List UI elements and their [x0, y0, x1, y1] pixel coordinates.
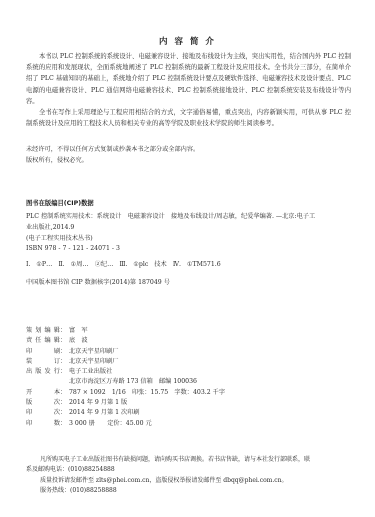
- credit-colon: ：: [60, 408, 68, 418]
- credit-label: 印数: [26, 419, 60, 429]
- credit-colon: ：: [60, 367, 68, 377]
- credit-label-char: 编: [45, 336, 51, 346]
- credit-label-char: 装: [26, 357, 32, 367]
- cip-check-number: 中国版本图书馆 CIP 数据核字(2014)第 187049 号: [26, 277, 170, 286]
- notice-email-line: 质量投诉请发邮件至 zlts@phei.com.cn，盗版侵权举报请发邮件至 d…: [26, 476, 356, 486]
- credit-label-char: 版: [26, 398, 32, 408]
- credit-value: 2014 年 9 月第 1 次印刷: [68, 408, 140, 418]
- credit-label: [26, 377, 60, 387]
- abstract-paragraph: 本书以 PLC 控制系统的系统设计、电磁兼容设计、接地及布线设计为主线，突出实用…: [26, 51, 351, 107]
- credit-label-char: 版: [35, 367, 41, 377]
- credit-label-char: 划: [35, 326, 41, 336]
- cip-line: ISBN 978 - 7 - 121 - 24071 - 3: [26, 244, 366, 255]
- notice-line: 凡所购买电子工业出版社图书有缺损问题，请向购买书店调换。若书店售缺，请与本社发行…: [26, 455, 356, 465]
- credit-row: 责任编辑：底 波: [26, 336, 356, 346]
- credit-label: 开本: [26, 388, 60, 398]
- credit-value: 3 000 册 定价：45.00 元: [68, 419, 152, 429]
- abstract-paragraph: 全书在写作上采用理论与工程应用相结合的方式，文字通俗易懂，重点突出，内容新颖实用…: [26, 107, 351, 129]
- cip-record: PLC 控制系统实用技术：系统设计 电磁兼容设计 接地及布线设计/周志敏，纪爱华…: [26, 212, 366, 255]
- credit-label-char: 印: [26, 419, 32, 429]
- credit-label-char: 开: [26, 388, 32, 398]
- notice-hotline: 服务热线：(010)88258888: [26, 486, 356, 496]
- credit-label-char: 发: [45, 367, 51, 377]
- credit-label-char: 印: [26, 408, 32, 418]
- credit-value: 富 军: [68, 326, 88, 336]
- cip-classification: Ⅰ. ①P… Ⅱ. ①周… ②纪… Ⅲ. ①plc 技术 Ⅳ. ①TM571.6: [26, 259, 221, 268]
- cip-line: 业出版社,2014.9: [26, 223, 366, 234]
- credit-row: 开本：787 × 1092 1/16 印张：15.75 字数：403.2 千字: [26, 388, 356, 398]
- credit-label-char: 责: [26, 336, 32, 346]
- cip-heading: 图书在版编目(CIP)数据: [26, 198, 94, 207]
- credit-label: 策划编辑: [26, 326, 60, 336]
- credit-row: 印次：2014 年 9 月第 1 次印刷: [26, 408, 356, 418]
- publication-credits: 策划编辑：富 军责任编辑：底 波印刷：北京天宇星印刷厂装订：北京天宇星印刷厂出版…: [26, 326, 356, 429]
- copyright-line: 版权所有，侵权必究。: [26, 156, 351, 167]
- credit-label: 出版发行: [26, 367, 60, 377]
- credit-colon: ：: [60, 326, 68, 336]
- credit-label-char: 编: [45, 326, 51, 336]
- credit-row: 装订：北京天宇星印刷厂: [26, 357, 356, 367]
- cip-line: (电子工程实用技术丛书): [26, 234, 366, 245]
- notice-line: 系及邮购电话：(010)88254888: [26, 465, 356, 475]
- credit-colon: ：: [60, 419, 68, 429]
- credit-colon: ：: [60, 336, 68, 346]
- credit-label-char: 印: [26, 347, 32, 357]
- credit-colon: ：: [60, 388, 68, 398]
- credit-value: 电子工业出版社: [68, 367, 112, 377]
- abstract-section: 本书以 PLC 控制系统的系统设计、电磁兼容设计、接地及布线设计为主线，突出实用…: [26, 51, 351, 129]
- copyright-line: 未经许可，不得以任何方式复制或抄袭本书之部分或全部内容。: [26, 145, 351, 156]
- credit-label: 版次: [26, 398, 60, 408]
- credit-row: 印刷：北京天宇星印刷厂: [26, 347, 356, 357]
- copyright-notice: 未经许可，不得以任何方式复制或抄袭本书之部分或全部内容。 版权所有，侵权必究。: [26, 145, 351, 166]
- credit-row: 出版发行：电子工业出版社: [26, 367, 356, 377]
- credit-row: 版次：2014 年 9 月第 1 版: [26, 398, 356, 408]
- credit-colon: ：: [60, 347, 68, 357]
- credit-value: 787 × 1092 1/16 印张：15.75 字数：403.2 千字: [68, 388, 225, 398]
- credit-value: 北京天宇星印刷厂: [68, 347, 119, 357]
- credit-label-char: 出: [26, 367, 32, 377]
- credit-value: 北京天宇星印刷厂: [68, 357, 119, 367]
- credit-colon: [60, 377, 68, 387]
- credit-label-char: 任: [35, 336, 41, 346]
- page-title: 内 容 简 介: [0, 35, 375, 47]
- credit-value: 底 波: [68, 336, 88, 346]
- credit-colon: ：: [60, 398, 68, 408]
- credit-value: 2014 年 9 月第 1 版: [68, 398, 127, 408]
- credit-value: 北京市海淀区万寿路 173 信箱 邮编 100036: [68, 377, 197, 387]
- service-notice: 凡所购买电子工业出版社图书有缺损问题，请向购买书店调换。若书店售缺，请与本社发行…: [26, 455, 356, 497]
- cip-line: PLC 控制系统实用技术：系统设计 电磁兼容设计 接地及布线设计/周志敏，纪爱华…: [26, 212, 366, 223]
- credit-label: 印刷: [26, 347, 60, 357]
- credit-label: 装订: [26, 357, 60, 367]
- credit-label: 印次: [26, 408, 60, 418]
- credit-row: 印数：3 000 册 定价：45.00 元: [26, 419, 356, 429]
- credit-colon: ：: [60, 357, 68, 367]
- credit-label-char: 策: [26, 326, 32, 336]
- credit-label: 责任编辑: [26, 336, 60, 346]
- copyright-page: 内 容 简 介 本书以 PLC 控制系统的系统设计、电磁兼容设计、接地及布线设计…: [0, 0, 375, 517]
- credit-row: 北京市海淀区万寿路 173 信箱 邮编 100036: [26, 377, 356, 387]
- credit-row: 策划编辑：富 军: [26, 326, 356, 336]
